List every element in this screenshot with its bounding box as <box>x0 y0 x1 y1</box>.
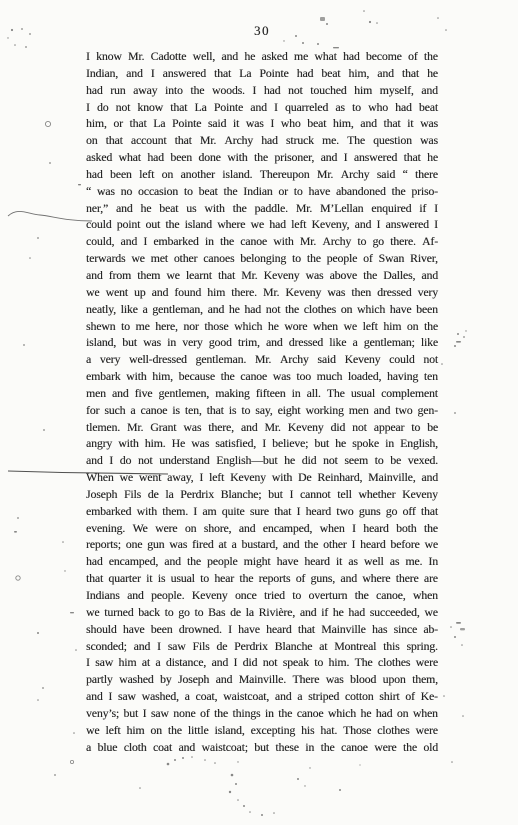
text-line: island,butwasinverygoodtrim,anddressedli… <box>86 334 438 351</box>
text-line: shouldhavebeendrowned.IhaveheardthatMain… <box>86 621 438 638</box>
text-line: terwardswemetothercanoesbelongingtothepe… <box>86 250 438 267</box>
text-line: JosephFilsdelaPerdrixBlanche;butIcannott… <box>86 486 438 503</box>
text-line: wewentupandfoundhimthere.Mr.Kevenywasthe… <box>86 284 438 301</box>
page-number: 30 <box>86 23 438 39</box>
scanned-book-page: 30 IknowMr.Cadottewell,andheaskedmewhath… <box>0 0 518 825</box>
text-line: hadencamped,andthepeoplemighthaveheardit… <box>86 553 438 570</box>
text-line: ner,”andhebeatuswiththepaddle.Mr.M’Lella… <box>86 200 438 217</box>
text-line: evening.Wewereonshore,andencamped,whenIh… <box>86 520 438 537</box>
text-line: sconded;andIsawFilsdePerdrixBlancheatMon… <box>86 638 438 655</box>
text-line: shewntomehere,northosewhichheworewhenwel… <box>86 318 438 335</box>
text-line: andIsawwashed,acoat,waistcoat,andastripe… <box>86 688 438 705</box>
text-line: Indian,andIansweredthatLaPointehadbeathi… <box>86 65 438 82</box>
text-line: thatquarteritisusualtohearthereportsofgu… <box>86 570 438 587</box>
text-line: embarkedwiththem.IamquitesurethatIheardt… <box>86 503 438 520</box>
text-line: could,andIembarkedinthecanoewithMr.Archy… <box>86 233 438 250</box>
text-line: partlywashedbyJosephandMainville.Therewa… <box>86 671 438 688</box>
text-line: forsuchacanoeisten,thatistosay,eightwork… <box>86 402 438 419</box>
text-line: tlemen.Mr.Grantwasthere,andMr.Kevenydidn… <box>86 419 438 436</box>
text-line: ablueclothcoatandwaistcoat;buttheseinthe… <box>86 739 438 756</box>
text-line: andfromthemwelearntthatMr.Kevenywasabove… <box>86 267 438 284</box>
text-line: angrywithhim.Hewassatisfied,Ibelieve;but… <box>86 435 438 452</box>
text-line: IknowMr.Cadottewell,andheaskedmewhathadb… <box>86 48 438 65</box>
page-text: IknowMr.Cadottewell,andheaskedmewhathadb… <box>86 48 438 755</box>
text-line: Indiansandpeople.Kevenyoncetriedtoovertu… <box>86 587 438 604</box>
text-line: menandfivegentlemen,makingfifteeninall.T… <box>86 385 438 402</box>
text-line: reports;onegunwasfiredatabustard,andtheo… <box>86 536 438 553</box>
text-line: averywell-dressedgentleman.Mr.ArchysaidK… <box>86 351 438 368</box>
text-line: embarkwithhim,becausethecanoewastoomuchl… <box>86 368 438 385</box>
text-line: neatly,likeagentleman,andhehadnottheclot… <box>86 301 438 318</box>
text-line: veny’s;butIsawnoneofthethingsinthecanoew… <box>86 705 438 722</box>
text-line: weturnedbacktogotoBasdelaRivière,andifhe… <box>86 604 438 621</box>
text-line: couldpointouttheislandwherewehadleftKeve… <box>86 216 438 233</box>
text-line: IdonotknowthatLaPointeandIquarreledastow… <box>86 99 438 116</box>
text-line: askedwhathadbeendonewiththeprisoner,andI… <box>86 149 438 166</box>
text-line: Whenwewentaway,IleftKevenywithDeReinhard… <box>86 469 438 486</box>
text-line: hadrunawayintothewoods.Ihadnottouchedhim… <box>86 82 438 99</box>
text-line: Isawhimatadistance,andIdidnotspeaktohim.… <box>86 654 438 671</box>
text-line: hadbeenleftonanotherisland.ThereuponMr.A… <box>86 166 438 183</box>
text-line: him,orthatLaPointesaiditwasIwhobeathim,a… <box>86 115 438 132</box>
text-line: welefthimonthelittleisland,exceptinghish… <box>86 722 438 739</box>
text-line: onthataccountthatMr.Archyhadstruckme.The… <box>86 132 438 149</box>
text-line: andIdonotunderstandEnglish—buthedidnotse… <box>86 452 438 469</box>
text-line: “wasnooccasiontobeattheIndianortohaveaba… <box>86 183 438 200</box>
